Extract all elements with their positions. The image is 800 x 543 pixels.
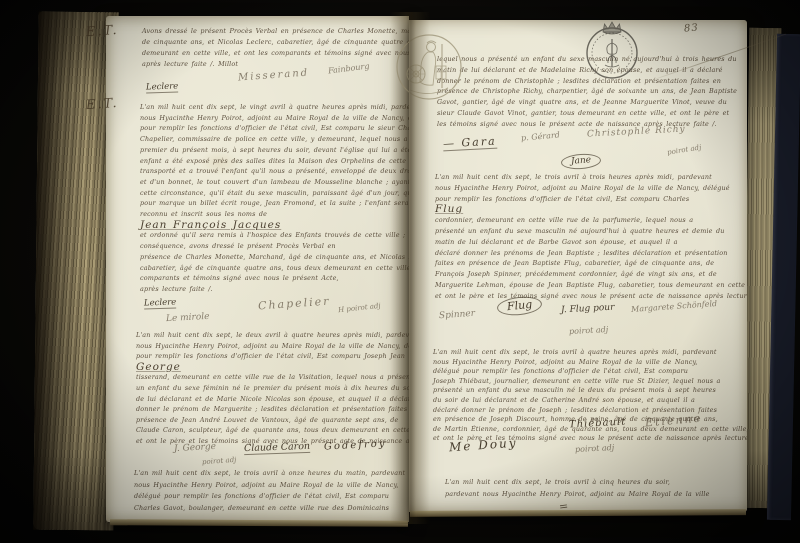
right-page-bottom-edge bbox=[410, 509, 746, 517]
manuscript-line: matin de lui déclarant et de Barbe Gavot… bbox=[435, 237, 733, 248]
signature-godefroy: Godefroy bbox=[324, 438, 387, 452]
manuscript-line: pardevant nous Hyacinthe Henry Poirot, a… bbox=[445, 488, 737, 500]
page-number: 83 bbox=[684, 22, 700, 34]
signature-le-mirole: Le mirole bbox=[166, 312, 210, 324]
manuscript-line: sieur Claude Gavot Vinot, gantier, tous … bbox=[437, 108, 733, 119]
minerva-blind-stamp-icon bbox=[392, 30, 466, 104]
manuscript-line: nous Hyacinthe Henry Poirot, adjoint au … bbox=[435, 183, 733, 194]
manuscript-line: de cinquante ans, et Nicolas Leclerc, ca… bbox=[142, 37, 402, 48]
signature-chapelier: Chapelier bbox=[258, 294, 331, 312]
manuscript-line: transporté et a trouvé l'enfant qu'il no… bbox=[140, 166, 404, 177]
margin-mark-et-2: E.T. bbox=[86, 96, 119, 113]
manuscript-line: du soir de lui déclarant et de Catherine… bbox=[433, 396, 733, 406]
manuscript-line: L'an mil huit cent dix sept, le vingt av… bbox=[140, 102, 404, 113]
manuscript-line: nous Hyacinthe Henry Poirot, adjoint au … bbox=[140, 113, 404, 124]
signature-leclere-2: Leclere bbox=[144, 297, 177, 309]
manuscript-line: cette circonstance, qu'il était du sexe … bbox=[140, 188, 404, 199]
manuscript-line: nous Hyacinthe Henry Poirot, adjoint au … bbox=[433, 358, 733, 368]
manuscript-line: conséquence, avons dressé le présent Pro… bbox=[140, 241, 404, 252]
manuscript-line: délégué pour remplir les fonctions d'off… bbox=[433, 367, 733, 377]
signature-j-flug: J. Flug pour bbox=[561, 303, 615, 316]
signature-adjoint-4: poirot adj bbox=[569, 325, 609, 336]
manuscript-line: après lecture faite /. bbox=[140, 284, 404, 295]
act-birth-flug: L'an mil huit cent dix sept, le trois av… bbox=[435, 172, 733, 302]
manuscript-line: premier du présent mois, à sept heures d… bbox=[140, 145, 404, 156]
manuscript-line: George bbox=[136, 362, 181, 373]
manuscript-line: pour remplir les fonctions d'officier de… bbox=[140, 123, 404, 134]
manuscript-line: donner le prénom de Marguerite ; lesdite… bbox=[136, 404, 404, 415]
left-page-bottom-edge bbox=[110, 519, 408, 527]
manuscript-line: de lui déclarant et de Marie Nicole Nico… bbox=[136, 394, 404, 405]
signature-george: J. George bbox=[174, 442, 216, 454]
signature-adjoint: H poirot adj bbox=[338, 302, 381, 314]
manuscript-line: Charles Gavot, boulanger, demeurant en c… bbox=[134, 503, 402, 515]
manuscript-line: pour remplir les fonctions d'officier de… bbox=[435, 194, 733, 205]
signature-leclere: Leclere bbox=[146, 81, 179, 93]
manuscript-line: L'an mil huit cent dix sept, le deux avr… bbox=[136, 330, 404, 341]
manuscript-line: L'an mil huit cent dix sept, le trois av… bbox=[435, 172, 733, 183]
manuscript-line: pour marque un billet écrit rouge, Jean … bbox=[140, 198, 404, 209]
manuscript-line: Joseph Thiébaut, journalier, demeurant e… bbox=[433, 377, 733, 387]
manuscript-line: Marguerite Lehman, épouse de Jean Baptis… bbox=[435, 280, 733, 291]
manuscript-line: Flug bbox=[435, 204, 463, 215]
signature-adjoint-5: poirot adj bbox=[575, 443, 615, 454]
manuscript-line: cabaretier, âgé de cinquante quatre ans,… bbox=[140, 263, 404, 274]
manuscript-line: déclaré donner les prénoms de Jean Bapti… bbox=[435, 248, 733, 259]
manuscript-line: les témoins signé avec nous le présent a… bbox=[437, 119, 733, 130]
manuscript-line: Gavot, gantier, âgé de vingt quatre ans,… bbox=[437, 97, 733, 108]
manuscript-line: demeurant en cette ville, et ont les com… bbox=[142, 48, 402, 59]
manuscript-line: L'an mil huit cent dix sept, le trois av… bbox=[445, 476, 737, 488]
manuscript-line: L'an mil huit cent dix sept, le trois av… bbox=[433, 348, 733, 358]
manuscript-line: enfant a été exposé près des salles dite… bbox=[140, 156, 404, 167]
signature-claude-caron: Claude Caron bbox=[244, 441, 311, 455]
manuscript-line: comparants et témoins signé avec nous le… bbox=[140, 273, 404, 284]
manuscript-line: nous Hyacinthe Henry Poirot, adjoint au … bbox=[134, 480, 402, 492]
signature-gerard: p. Gérard bbox=[521, 130, 561, 142]
manuscript-line: nous Hyacinthe Henry Poirot, adjoint au … bbox=[136, 341, 404, 352]
signature-spinner: Spinner bbox=[439, 309, 476, 321]
left-page: Avons dressé le présent Procès Verbal en… bbox=[106, 16, 409, 522]
signature-gara: — Gara bbox=[443, 135, 497, 152]
act-birth-gavot: L'an mil huit cent dix sept, le trois av… bbox=[134, 468, 402, 514]
manuscript-line: tisserand, demeurant en cette ville rue … bbox=[136, 372, 404, 383]
manuscript-line: François Joseph Spinner, précédemment co… bbox=[435, 269, 733, 280]
manuscript-line: L'an mil huit cent dix sept, le trois av… bbox=[134, 468, 402, 480]
manuscript-line: délégué pour remplir les fonctions d'off… bbox=[134, 491, 402, 503]
act-birth-george: L'an mil huit cent dix sept, le deux avr… bbox=[136, 330, 404, 447]
manuscript-line: présence de Charles Monette, Marchand, â… bbox=[140, 252, 404, 263]
manuscript-line: présenté un enfant du sexe masculin né l… bbox=[433, 386, 733, 396]
manuscript-line: et ordonné qu'il sera remis à l'hospice … bbox=[140, 230, 404, 241]
signature-jane: Jane bbox=[561, 153, 602, 171]
crown-stamp-icon bbox=[581, 17, 643, 81]
manuscript-line: faites en présence de Jean Baptiste Flug… bbox=[435, 258, 733, 269]
act-birth-evening: L'an mil huit cent dix sept, le trois av… bbox=[445, 476, 737, 500]
manuscript-line: Avons dressé le présent Procès Verbal en… bbox=[142, 26, 402, 37]
manuscript-line: Jean François Jacques bbox=[140, 220, 281, 231]
manuscript-line: cordonnier, demeurant en cette ville rue… bbox=[435, 215, 733, 226]
manuscript-line: et d'un bonnet, le tout couvert d'un lam… bbox=[140, 177, 404, 188]
manuscript-line: un enfant du sexe féminin né le premier … bbox=[136, 383, 404, 394]
manuscript-line: présence de Jean André Louvet de Vantoux… bbox=[136, 415, 404, 426]
signature-adjoint-3: poirot adj bbox=[667, 143, 702, 156]
manuscript-line: présence de Christophe Richy, charpentie… bbox=[437, 86, 733, 97]
manuscript-line: présenté un enfant du sexe masculin né a… bbox=[435, 226, 733, 237]
manuscript-line: Claude Caron, sculpteur, âgé de quarante… bbox=[136, 425, 404, 436]
margin-mark-et-1: E.T. bbox=[86, 23, 119, 40]
act-foundling: L'an mil huit cent dix sept, le vingt av… bbox=[140, 102, 404, 295]
manuscript-book-photo: Avons dressé le présent Procès Verbal en… bbox=[0, 0, 800, 543]
signature-adjoint-2: poirot adj bbox=[202, 456, 237, 466]
manuscript-line: Chapelier, commissaire de police en cett… bbox=[140, 134, 404, 145]
